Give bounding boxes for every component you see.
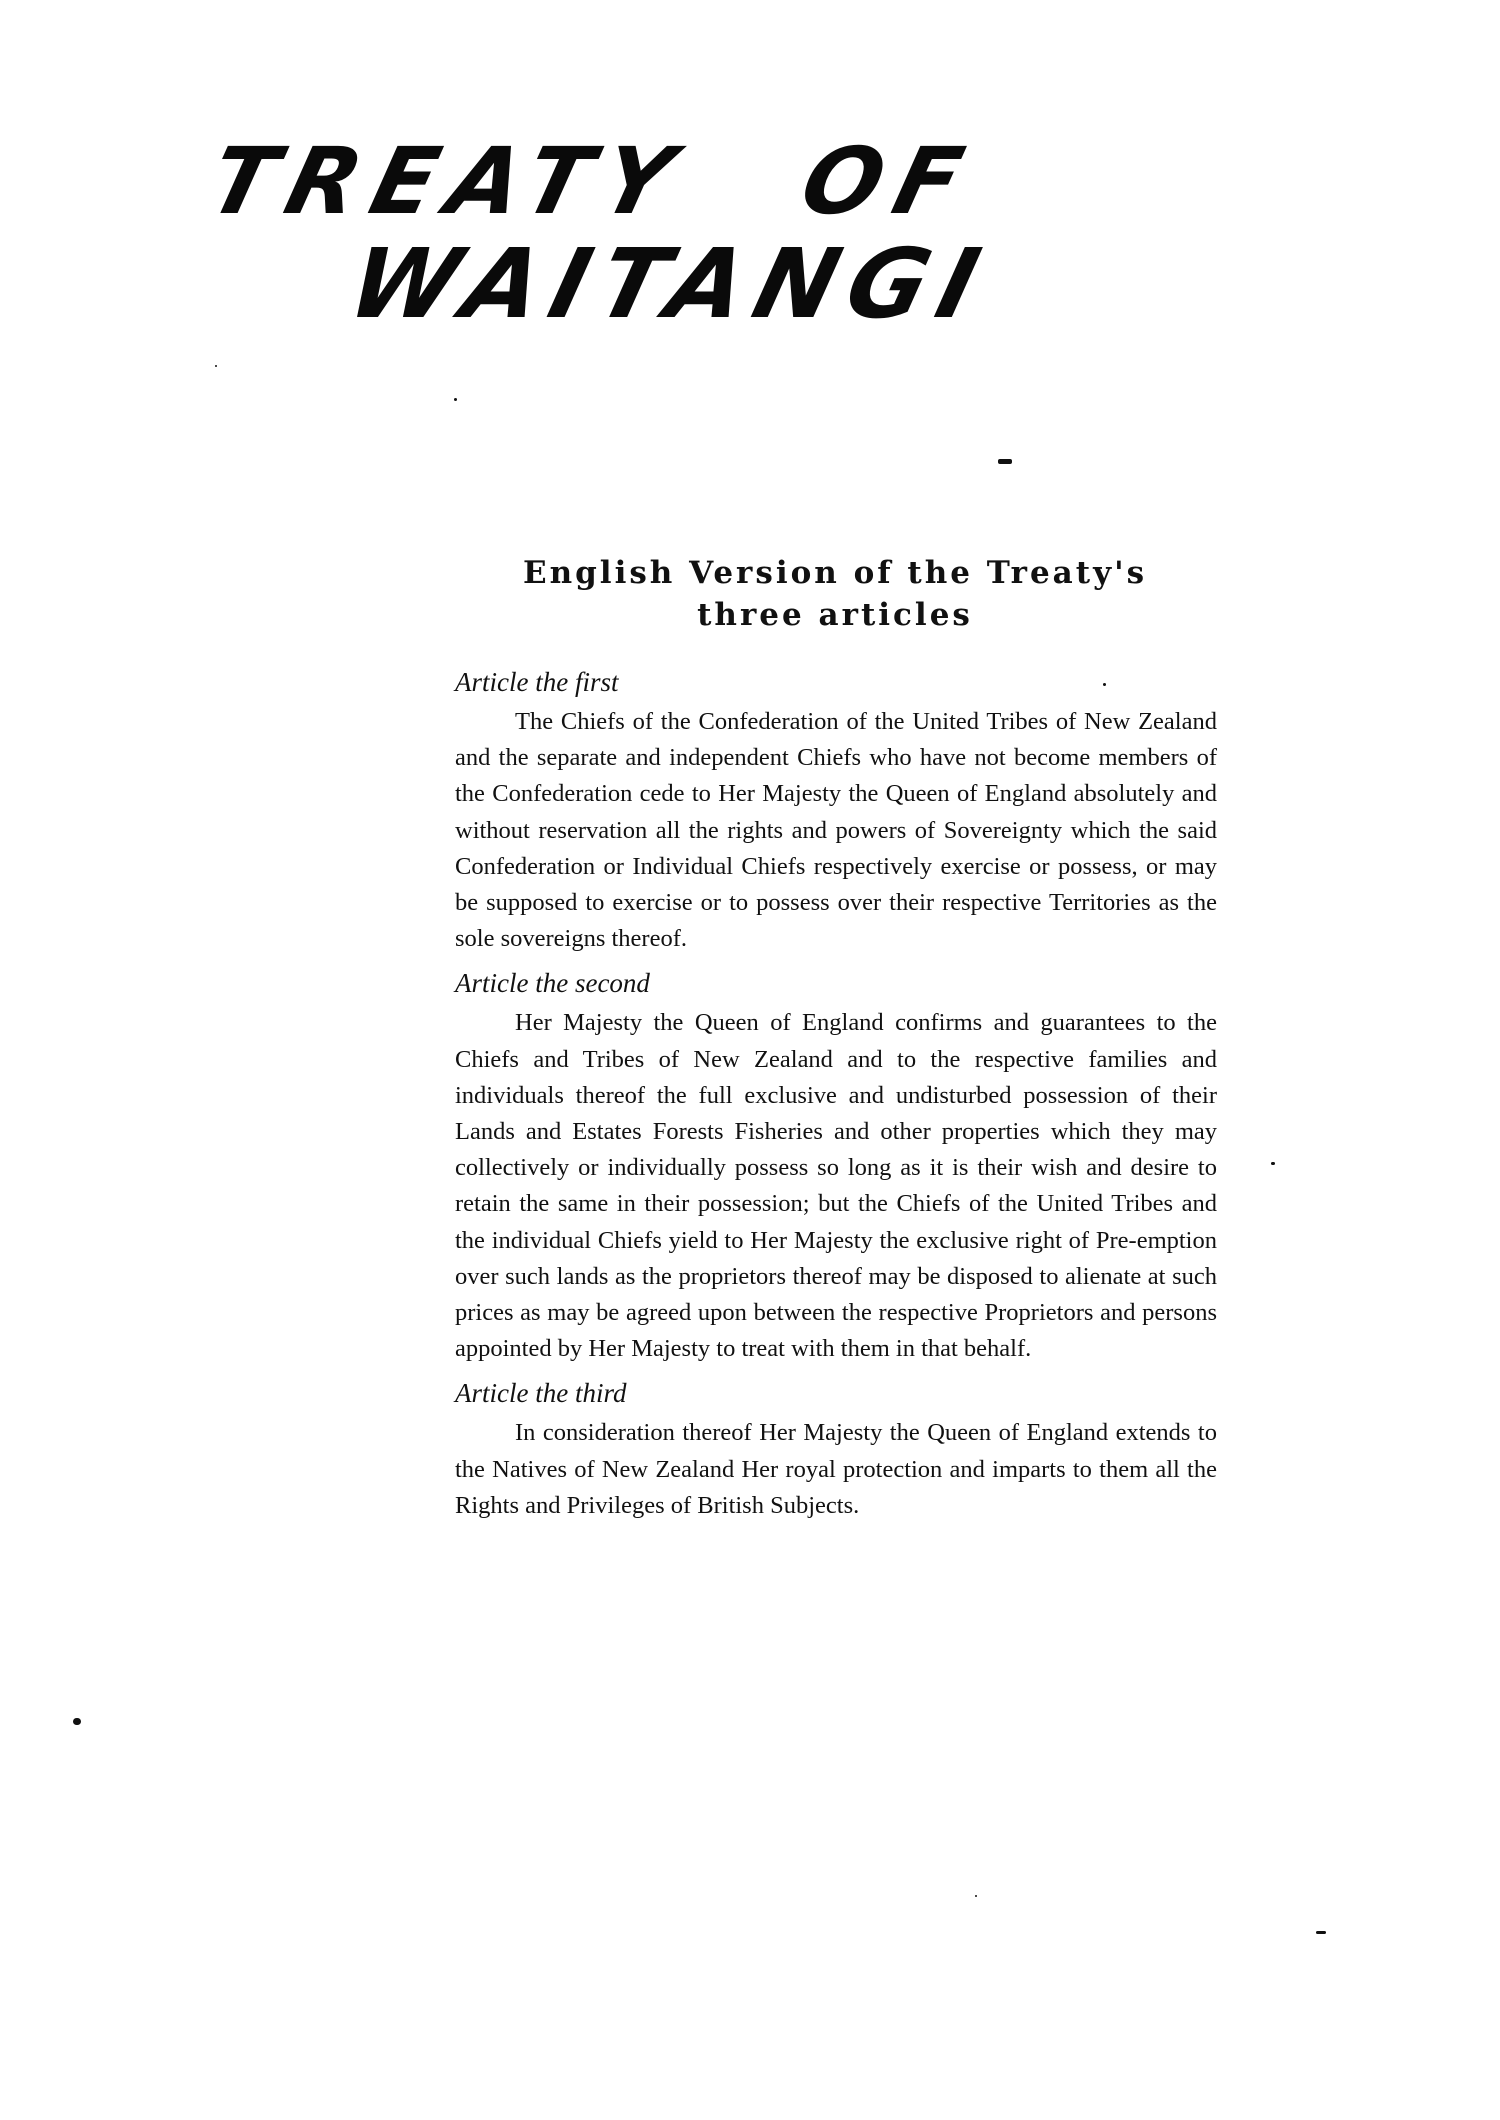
scan-speck <box>998 459 1012 464</box>
heading-line-2: three articles <box>455 594 1215 636</box>
article-text: In consideration thereof Her Majesty the… <box>455 1415 1217 1524</box>
scan-speck <box>215 365 217 367</box>
scan-speck <box>73 1718 81 1725</box>
article-first: Article the first The Chiefs of the Conf… <box>455 664 1217 957</box>
scan-speck <box>454 398 457 401</box>
article-third: Article the third In consideration there… <box>455 1375 1217 1524</box>
scan-speck <box>975 1895 977 1897</box>
document-body: Article the first The Chiefs of the Conf… <box>455 664 1217 1532</box>
article-title: Article the first <box>455 664 1217 700</box>
article-text: The Chiefs of the Confederation of the U… <box>455 704 1217 957</box>
article-second: Article the second Her Majesty the Queen… <box>455 965 1217 1367</box>
article-title: Article the second <box>455 965 1217 1001</box>
handwritten-title-line-2: WAITANGI <box>338 228 1002 340</box>
handwritten-title-line-1: TREATYOF <box>199 128 987 235</box>
scan-speck <box>1271 1162 1275 1165</box>
heading-line-1: English Version of the Treaty's <box>455 552 1215 594</box>
article-title: Article the third <box>455 1375 1217 1411</box>
scan-speck <box>1316 1931 1326 1934</box>
article-text: Her Majesty the Queen of England confirm… <box>455 1005 1217 1367</box>
document-heading: English Version of the Treaty's three ar… <box>455 552 1215 636</box>
handwritten-word-of: OF <box>791 128 987 235</box>
handwritten-word-treaty: TREATY <box>199 128 698 235</box>
